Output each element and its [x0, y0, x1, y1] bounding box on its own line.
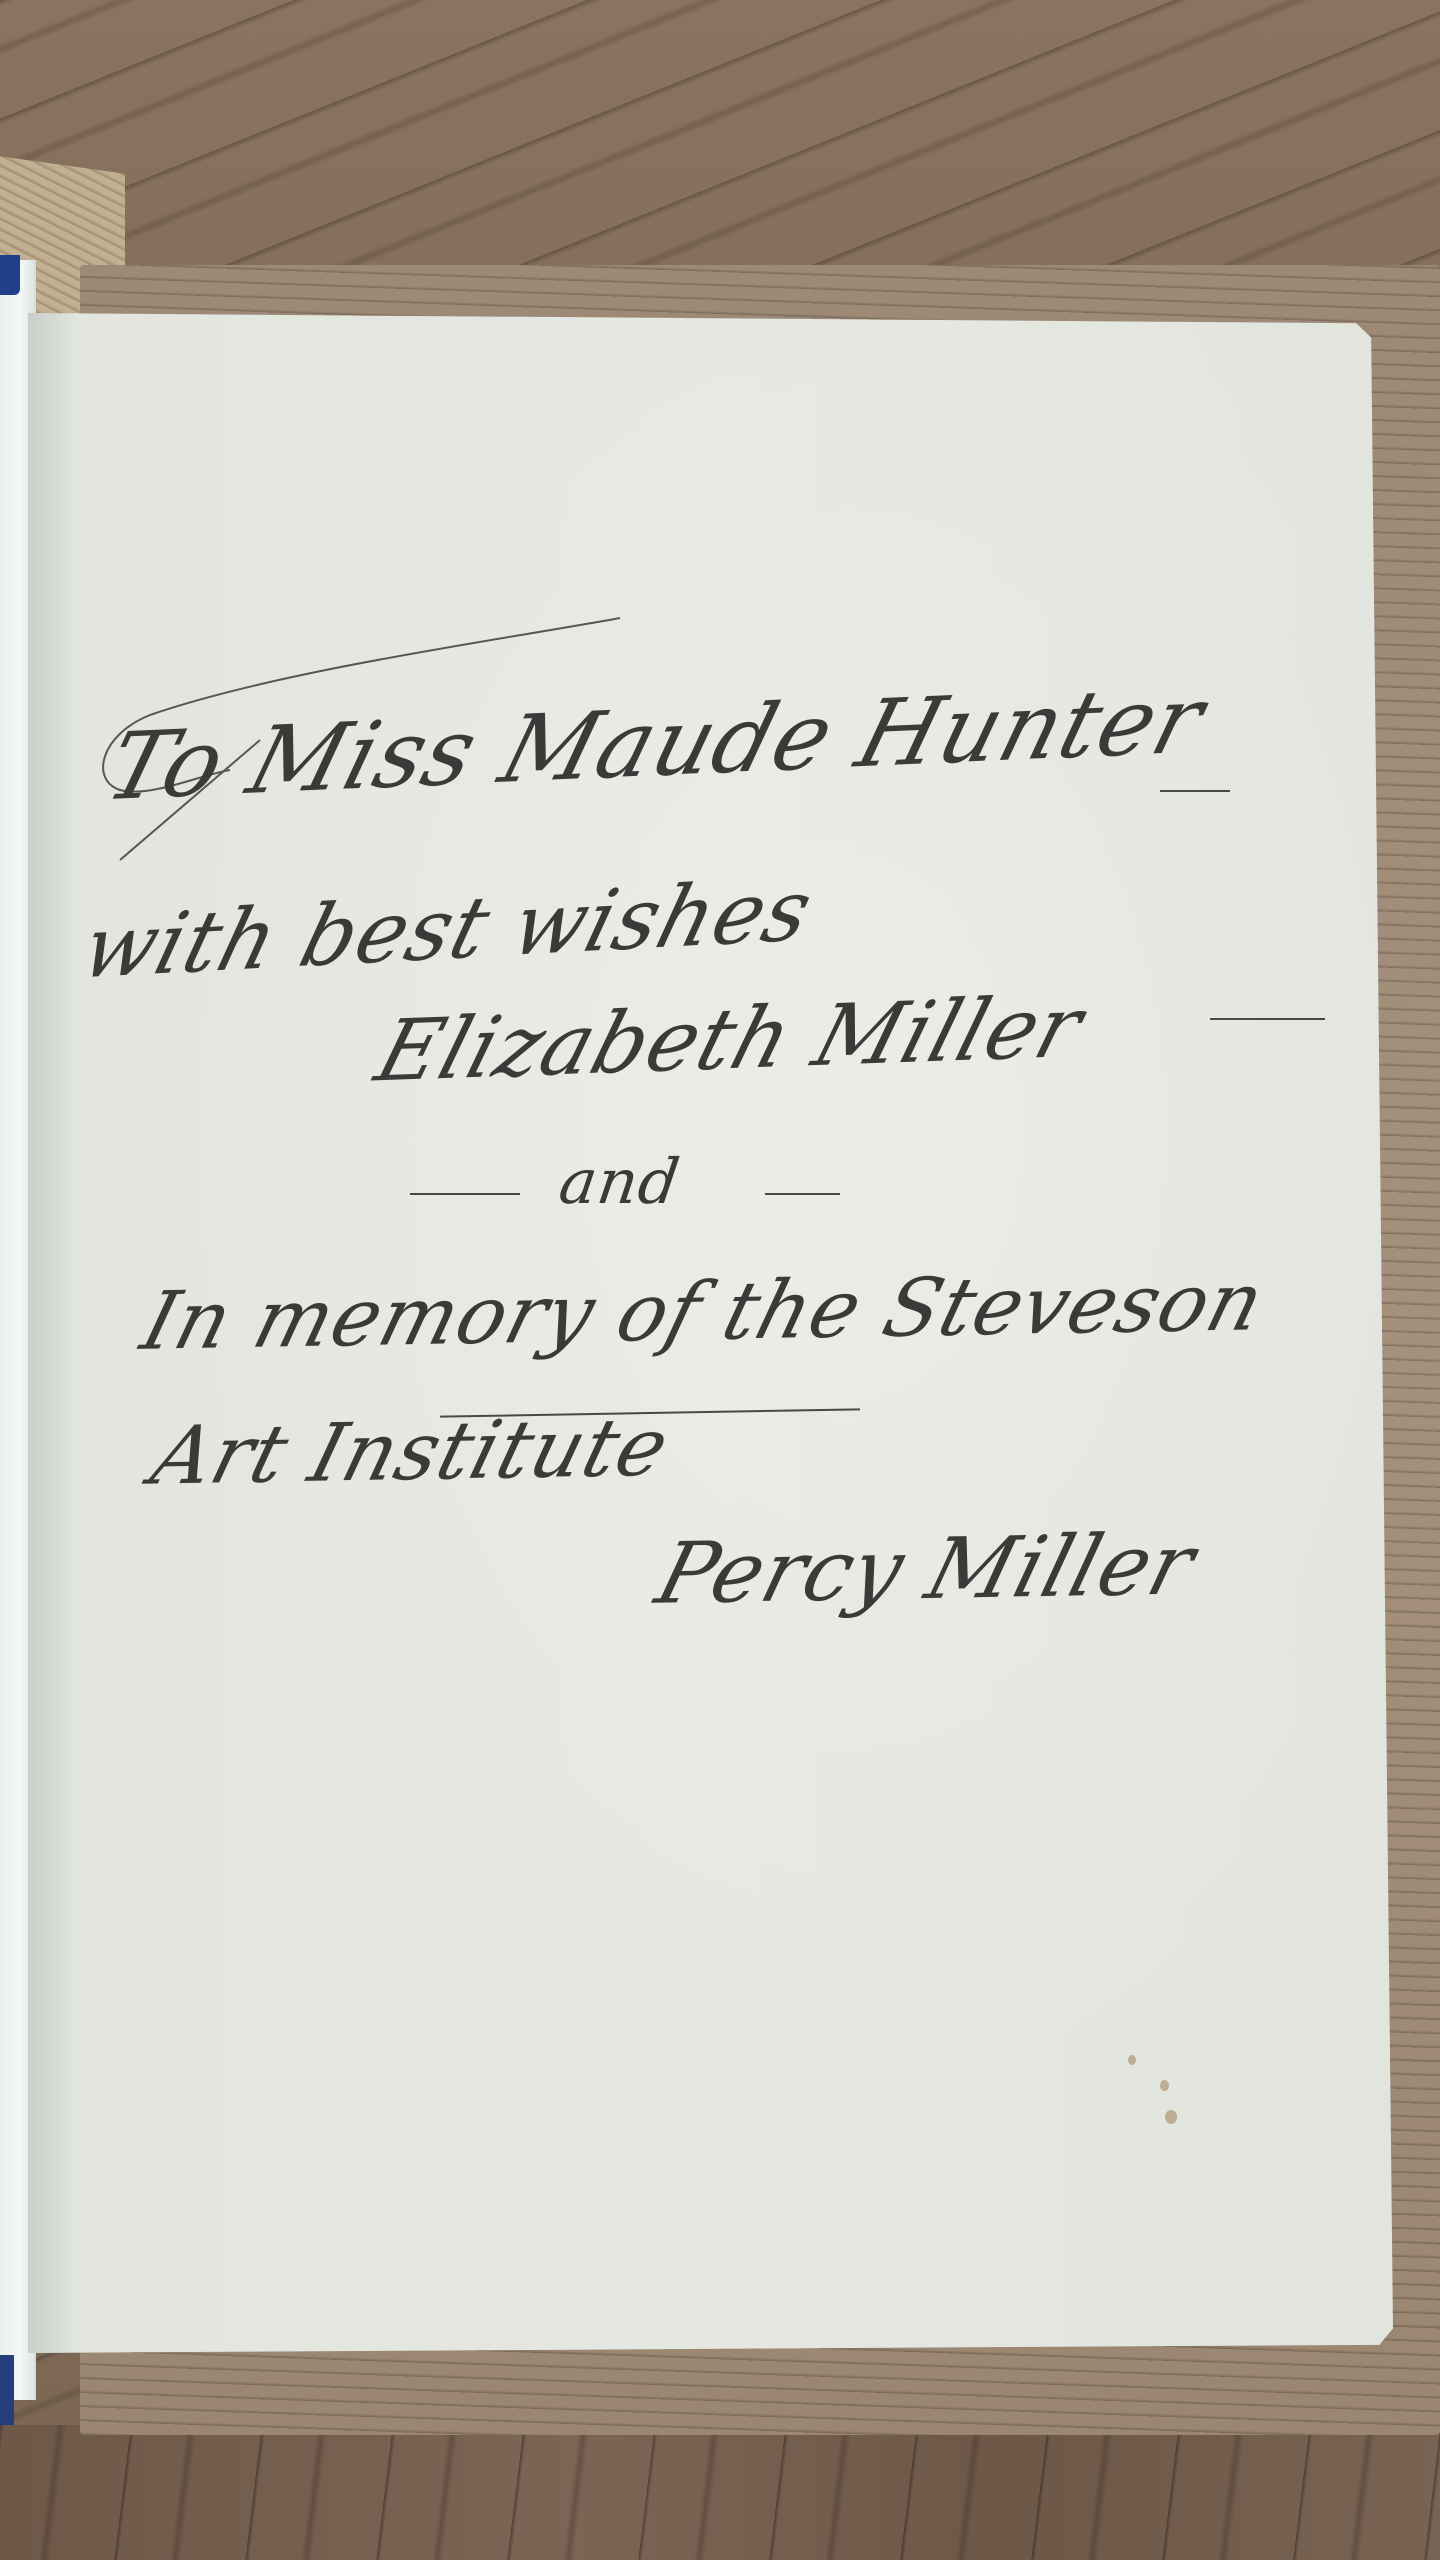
spine-blue-binding-top: [0, 255, 20, 295]
spine-blue-binding-bottom: [0, 2355, 14, 2425]
paper-stain: [1165, 2110, 1177, 2124]
wooden-table: [0, 2425, 1440, 2560]
endpaper-page: [28, 313, 1393, 2353]
paper-stain: [1160, 2080, 1169, 2091]
paper-stain: [1128, 2055, 1136, 2065]
page-gutter-shadow: [28, 313, 73, 2353]
